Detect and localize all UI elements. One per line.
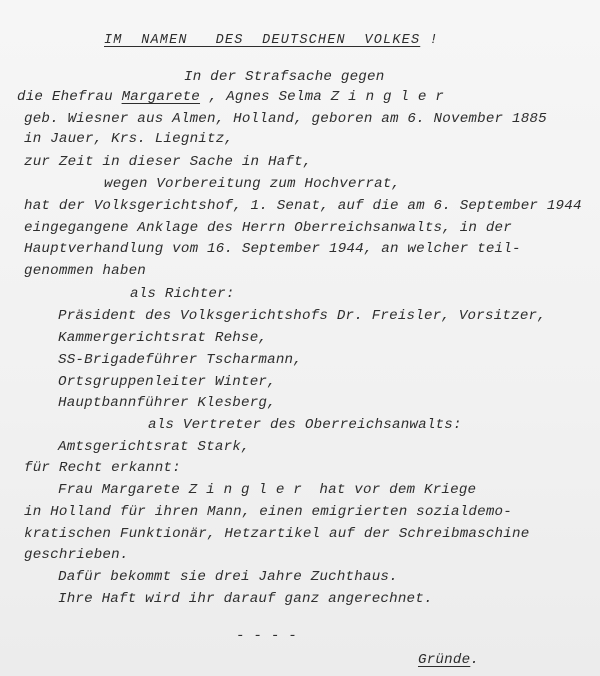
typewritten-document: IM NAMEN DES DEUTSCHEN VOLKES ! In der S…: [0, 0, 600, 676]
heading-end: !: [420, 33, 439, 48]
place-line: in Jauer, Krs. Liegnitz,: [24, 130, 233, 148]
judge-item: Präsident des Volksgerichtshofs Dr. Frei…: [58, 307, 546, 325]
judge-item: SS-Brigadeführer Tscharmann,: [58, 351, 302, 369]
court-line: hat der Volksgerichtshof, 1. Senat, auf …: [24, 197, 582, 215]
participants-line: genommen haben: [24, 262, 146, 280]
intro-line: In der Strafsache gegen: [184, 68, 384, 86]
grounds-heading: Gründe.: [418, 651, 479, 669]
prosecutor-name: Amtsgerichtsrat Stark,: [58, 438, 250, 456]
verdict-line: kratischen Funktionär, Hetzartikel auf d…: [24, 525, 529, 543]
sentence-line: Ihre Haft wird ihr darauf ganz angerechn…: [58, 590, 433, 608]
verdict-intro: für Recht erkannt:: [24, 459, 181, 477]
verdict-line: Frau Margarete Z i n g l e r hat vor dem…: [58, 481, 476, 499]
heading-text: IM NAMEN DES DEUTSCHEN VOLKES: [104, 33, 420, 48]
birth-line: geb. Wiesner aus Almen, Holland, geboren…: [24, 110, 547, 128]
judge-item: Hauptbannführer Klesberg,: [58, 394, 276, 412]
verdict-line: in Holland für ihren Mann, einen emigrie…: [24, 503, 512, 521]
prosecutor-heading: als Vertreter des Oberreichsanwalts:: [148, 416, 462, 434]
defendant-first-name: Margarete: [122, 89, 200, 105]
defendant-line: die Ehefrau Margarete , Agnes Selma Z i …: [17, 88, 444, 106]
grounds-label: Gründe: [418, 652, 470, 668]
judge-item: Ortsgruppenleiter Winter,: [58, 373, 276, 391]
grounds-end: .: [470, 652, 479, 668]
defendant-suffix: , Agnes Selma Z i n g l e r: [200, 89, 444, 105]
judges-heading: als Richter:: [130, 285, 235, 303]
indictment-line: eingegangene Anklage des Herrn Oberreich…: [24, 219, 512, 237]
charge-line: wegen Vorbereitung zum Hochverrat,: [104, 175, 400, 193]
defendant-prefix: die Ehefrau: [17, 89, 122, 105]
verdict-line: geschrieben.: [24, 546, 129, 564]
separator: - - - -: [236, 627, 297, 645]
judge-item: Kammergerichtsrat Rehse,: [58, 329, 267, 347]
hearing-line: Hauptverhandlung vom 16. September 1944,…: [24, 240, 521, 258]
document-heading: IM NAMEN DES DEUTSCHEN VOLKES !: [104, 32, 439, 50]
sentence-line: Dafür bekommt sie drei Jahre Zuchthaus.: [58, 568, 398, 586]
custody-line: zur Zeit in dieser Sache in Haft,: [24, 153, 312, 171]
